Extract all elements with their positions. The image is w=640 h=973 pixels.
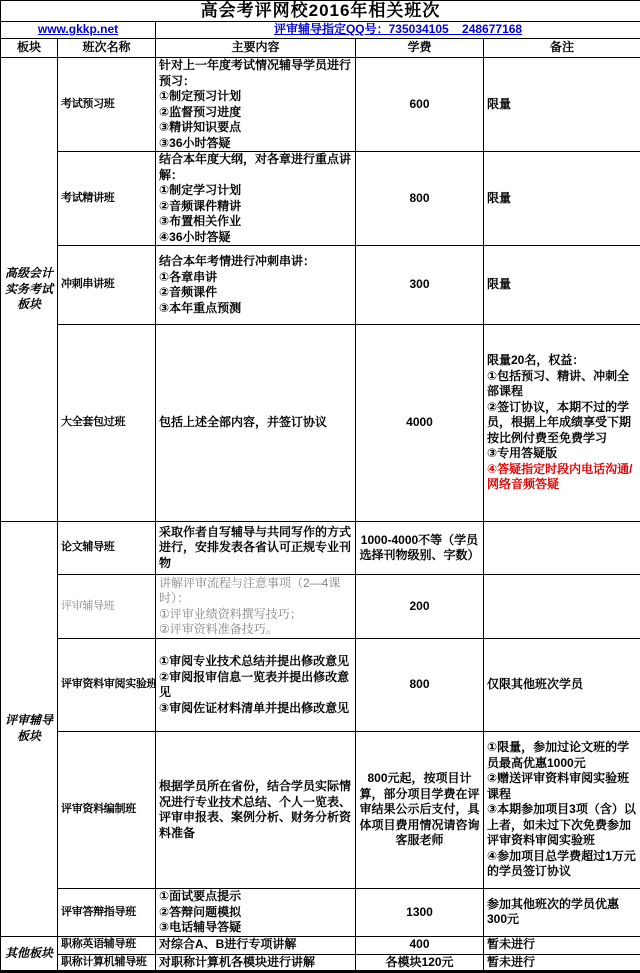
content-cell: 根据学员所在省份，结合学员实际情况进行专业技术总结、个人一览表、评审申报表、案例… <box>156 732 356 889</box>
content-cell: ①审阅专业技术总结并提出修改意见 ②审阅报审信息一览表并提出修改意见 ③审阅佐证… <box>156 639 356 732</box>
col-header-note: 备注 <box>484 39 640 58</box>
col-header-content: 主要内容 <box>156 39 356 58</box>
col-header-class-name: 班次名称 <box>58 39 156 58</box>
section-label-other: 其他板块 <box>1 936 58 972</box>
section-label-exam: 高级会计 实务考试 板块 <box>1 58 58 522</box>
class-name-cell: 评审辅导班 <box>58 575 156 639</box>
col-header-section: 板块 <box>1 39 58 58</box>
content-cell: 对综合A、B进行专项讲解 <box>156 936 356 954</box>
note-cell <box>484 522 640 575</box>
note-cell: ①限量，参加过论文班的学员最高优惠1000元 ②赠送评审资料审阅实验班课程 ③本… <box>484 732 640 889</box>
section-label-review: 评审辅导 板块 <box>1 522 58 937</box>
class-name-cell: 大全套包过班 <box>58 325 156 522</box>
note-cell: 限量 <box>484 152 640 246</box>
content-cell: 采取作者自写辅导与共同写作的方式进行，安排发表各省认可正规专业刊物 <box>156 522 356 575</box>
content-cell: 结合本年考情进行冲刺串讲： ①各章串讲 ②音频课件 ③本年重点预测 <box>156 246 356 325</box>
table-row: 评审辅导班 讲解评审流程与注意事项（2—4课时）： ①评审业绩资料撰写技巧； ②… <box>1 575 640 639</box>
qq-contact-text: 评审辅导指定QQ号：735034105 248677168 <box>156 22 640 39</box>
title-row: 高会考评网校2016年相关班次 <box>1 1 640 22</box>
note-cell: 参加其他班次的学员优惠300元 <box>484 889 640 937</box>
fee-cell: 4000 <box>356 325 484 522</box>
table-row: 考试精讲班 结合本年度大纲，对各章进行重点讲解： ①制定学习计划 ②音频课件精讲… <box>1 152 640 246</box>
table-row: 评审资料审阅实验班 ①审阅专业技术总结并提出修改意见 ②审阅报审信息一览表并提出… <box>1 639 640 732</box>
content-cell: 针对上一年度考试情况辅导学员进行预习： ①制定预习计划 ②监督预习进度 ③精讲知… <box>156 58 356 152</box>
class-name-cell: 职称英语辅导班 <box>58 936 156 954</box>
link-row: www.gkkp.net 评审辅导指定QQ号：735034105 2486771… <box>1 22 640 39</box>
website-link-cell: www.gkkp.net <box>1 22 156 39</box>
fee-cell: 400 <box>356 936 484 954</box>
table-row: 评审答辩指导班 ①面试要点提示 ②答辩问题模拟 ③电话辅导答疑 1300 参加其… <box>1 889 640 937</box>
fee-cell: 1300 <box>356 889 484 937</box>
class-name-cell: 评审资料编制班 <box>58 732 156 889</box>
class-name-cell: 评审答辩指导班 <box>58 889 156 937</box>
content-cell: 讲解评审流程与注意事项（2—4课时）： ①评审业绩资料撰写技巧； ②评审资料准备… <box>156 575 356 639</box>
note-cell: 限量20名，权益： ①包括预习、精讲、冲刺全部课程 ②签订协议，本期不过的学员，… <box>484 325 640 522</box>
col-header-fee: 学费 <box>356 39 484 58</box>
table-row: 评审辅导 板块 论文辅导班 采取作者自写辅导与共同写作的方式进行，安排发表各省认… <box>1 522 640 575</box>
note-cell: 限量 <box>484 246 640 325</box>
fee-cell: 600 <box>356 58 484 152</box>
table-row: 评审资料编制班 根据学员所在省份，结合学员实际情况进行专业技术总结、个人一览表、… <box>1 732 640 889</box>
content-cell: 包括上述全部内容，并签订协议 <box>156 325 356 522</box>
fee-cell: 300 <box>356 246 484 325</box>
class-schedule-table: 高会考评网校2016年相关班次 www.gkkp.net 评审辅导指定QQ号：7… <box>0 0 640 973</box>
note-cell: 仅限其他班次学员 <box>484 639 640 732</box>
note-text: 限量20名，权益： ①包括预习、精讲、冲刺全部课程 ②签订协议，本期不过的学员，… <box>487 353 631 460</box>
fee-cell: 800元起，按项目计算，部分项目学费在评审结果公示后支付，具体项目费用情况请咨询… <box>356 732 484 889</box>
fee-cell: 800 <box>356 152 484 246</box>
table-row: 高级会计 实务考试 板块 考试预习班 针对上一年度考试情况辅导学员进行预习： ①… <box>1 58 640 152</box>
note-cell: 暂未进行 <box>484 936 640 954</box>
page-title: 高会考评网校2016年相关班次 <box>1 1 640 22</box>
table-row: 冲刺串讲班 结合本年考情进行冲刺串讲： ①各章串讲 ②音频课件 ③本年重点预测 … <box>1 246 640 325</box>
content-cell: ①面试要点提示 ②答辩问题模拟 ③电话辅导答疑 <box>156 889 356 937</box>
note-text-red: ④答疑指定时段内电话沟通/网络音频答疑 <box>487 462 633 492</box>
class-name-cell: 考试预习班 <box>58 58 156 152</box>
fee-cell: 200 <box>356 575 484 639</box>
note-cell: 限量 <box>484 58 640 152</box>
content-cell: 结合本年度大纲，对各章进行重点讲解： ①制定学习计划 ②音频课件精讲 ③布置相关… <box>156 152 356 246</box>
class-name-cell: 冲刺串讲班 <box>58 246 156 325</box>
fee-cell: 1000-4000不等（学员选择刊物级别、字数） <box>356 522 484 575</box>
class-name-cell: 考试精讲班 <box>58 152 156 246</box>
table-row: 大全套包过班 包括上述全部内容，并签订协议 4000 限量20名，权益： ①包括… <box>1 325 640 522</box>
header-row: 板块 班次名称 主要内容 学费 备注 <box>1 39 640 58</box>
fee-cell: 800 <box>356 639 484 732</box>
class-name-cell: 论文辅导班 <box>58 522 156 575</box>
table-row: 其他板块 职称英语辅导班 对综合A、B进行专项讲解 400 暂未进行 <box>1 936 640 954</box>
class-name-cell: 评审资料审阅实验班 <box>58 639 156 732</box>
website-link[interactable]: www.gkkp.net <box>38 22 118 36</box>
note-cell <box>484 575 640 639</box>
